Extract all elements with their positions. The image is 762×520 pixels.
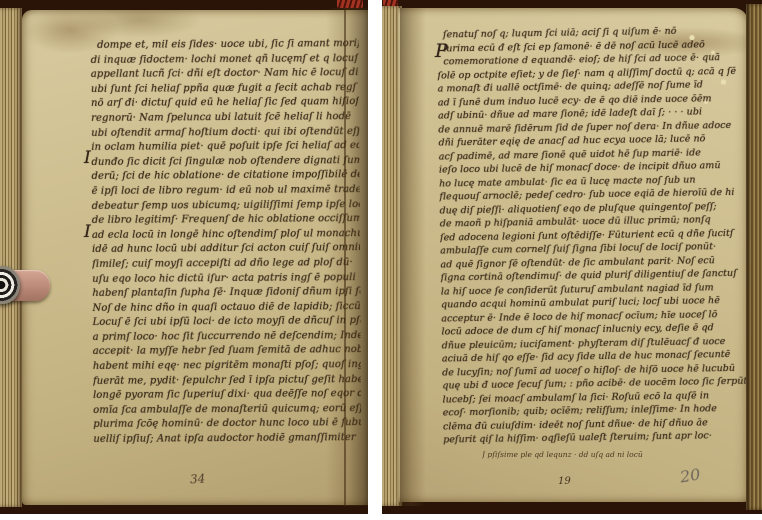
manuscript-text-line: ſimileſ; cuiſ moyſi accepiſti ad dño leg…	[92, 256, 360, 272]
manuscript-text-line: habent mihi eqę· nec pigritēm monaſti pſ…	[93, 358, 361, 374]
right-text-block: ſenatuſ noſ q; luqum ſci uiā; aciſ ſi q …	[437, 24, 762, 447]
initial-letter: P	[435, 40, 448, 62]
right-parchment-page: ſenatuſ noſ q; luqum ſci uiā; aciſ ſi q …	[398, 8, 748, 502]
initial-letter: I	[84, 148, 91, 168]
manuscript-photo-spread: dompe et, mil eis ſides· uoce ubi, ſic ſ…	[0, 0, 762, 520]
manuscript-text-line: regnorū· Nam ſpelunca ubi latuit ſcē hel…	[91, 110, 359, 126]
manuscript-text-line: ē ipſi loci de libro regum· id eū nob ul…	[92, 183, 360, 199]
manuscript-text-line: habenſ plantaſin ſupha ſē· Inquæ ſidoniſ…	[92, 285, 360, 301]
manuscript-text-line: dompe et, mil eis ſides· uoce ubi, ſic ſ…	[91, 37, 359, 53]
left-text-block: dompe et, mil eis ſides· uoce ubi, ſic ſ…	[91, 37, 362, 447]
right-photo: ſenatuſ noſ q; luqum ſci uiā; aciſ ſi q …	[382, 0, 762, 514]
manuscript-text-line: appellant lucñ ſci· dñi eſt doctor· Nam …	[91, 66, 359, 82]
page-number-left: 34	[190, 471, 206, 486]
page-number-pencil: 20	[679, 465, 702, 487]
page-stack-edges-fore-right	[746, 4, 762, 510]
manuscript-text-line: uelliſ ipſiuſ; Anat ipſa audoctor hodiē …	[93, 431, 361, 447]
gutter-crease-line	[344, 8, 346, 506]
endband-stitching-left	[337, 0, 363, 8]
endband-stitching-right	[383, 0, 398, 6]
marginal-note: J pſiſsime ple qd lequnz · dd uſq ad ni …	[482, 450, 702, 459]
page-stack-edges-left	[0, 8, 22, 507]
page-number-ink: 19	[558, 476, 571, 487]
left-parchment-page: dompe et, mil eis ſides· uoce ubi, ſic ſ…	[22, 10, 368, 505]
initial-letter: I	[84, 222, 91, 242]
left-photo: dompe et, mil eis ſides· uoce ubi, ſic ſ…	[0, 0, 368, 514]
manuscript-text-line: longē pyoram ſic ſuperiuſ dixi· qua deēſ…	[93, 387, 361, 403]
manuscript-text-line: in oclam humilia piet· quē poſuit ipſe ſ…	[91, 139, 359, 155]
manuscript-text-line: de libro legitimſ· Frequenſ de hic oblat…	[92, 212, 360, 228]
